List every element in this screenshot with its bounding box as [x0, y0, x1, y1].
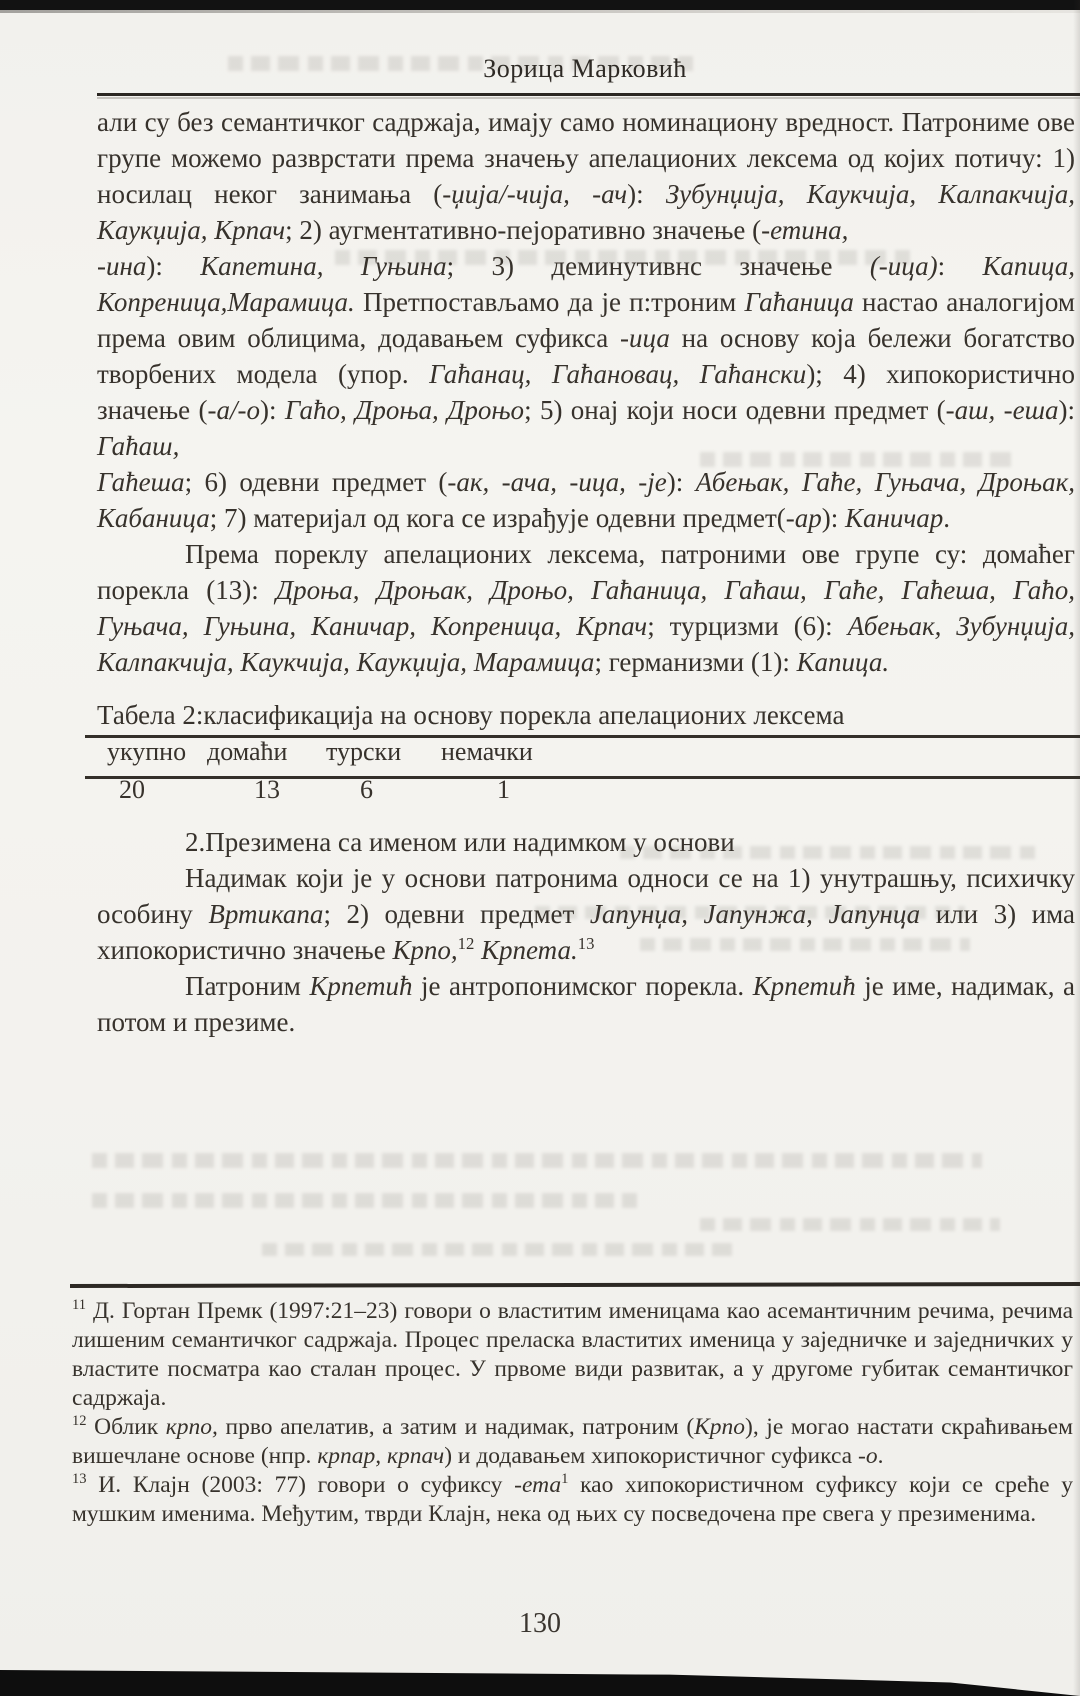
- footnote-12: 12 Облик крпо, прво апелатив, а затим и …: [72, 1413, 1073, 1471]
- text-segment: ; 5) онај који носи одевни предмет (: [524, 395, 946, 425]
- footnote-11: 11 Д. Гортан Премк (1997:21–23) говори о…: [72, 1297, 1073, 1413]
- paragraph-origin: Према пореклу апелационих лексема, патро…: [97, 536, 1075, 680]
- text-segment: Гаћанац, Гаћановац, Гаћански: [429, 359, 806, 389]
- text-segment: .: [943, 503, 950, 533]
- text-segment: ):: [260, 395, 285, 425]
- text-segment: Крпо: [694, 1414, 745, 1440]
- scan-edge-bottom: [0, 1670, 1080, 1696]
- text-segment: -џија/-чија, -ач: [442, 179, 627, 209]
- text-segment: ):: [1058, 395, 1075, 425]
- text-segment: Јапунџа, Јапунжа, Јапунца: [590, 899, 920, 929]
- text-segment: -ар: [786, 503, 822, 533]
- text-segment: Д. Гортан Премк (1997:21–23) говори о вл…: [72, 1298, 1073, 1411]
- paragraph-krpetic: Патроним Крпетић је антропонимског порек…: [97, 968, 1075, 1040]
- text-segment: Крпетић: [753, 971, 856, 1001]
- table-header-row: укупнодомаћитурскинемачки: [97, 732, 1075, 770]
- text-segment: -а/-о: [207, 395, 259, 425]
- text-segment: (-ица): [870, 251, 938, 281]
- text-segment: Капетина, Гуњина: [200, 251, 446, 281]
- table-value-cell: 6: [360, 775, 373, 805]
- scanned-document-page: Зорица Марковић али су без семантичког с…: [0, 0, 1080, 1696]
- text-segment: Капица.: [797, 647, 890, 677]
- text-segment: Гаћеша: [97, 467, 185, 497]
- text-segment: -ина: [97, 251, 146, 281]
- page-number: 130: [0, 1608, 1080, 1640]
- text-segment: ; 6) одевни предмет (: [185, 467, 448, 497]
- bleedthrough-artifact: [700, 1218, 1000, 1231]
- section-2-heading: 2.Презимена са именом или надимком у осн…: [97, 824, 1075, 860]
- text-segment: ; турцизми (6):: [647, 611, 847, 641]
- table-value-cell: 13: [254, 775, 280, 805]
- bleedthrough-artifact: [92, 1193, 637, 1208]
- table-header-cell: укупно: [107, 737, 186, 767]
- text-segment: Вртикапа: [208, 899, 323, 929]
- text-segment: -ица: [620, 323, 670, 353]
- footnotes-block: 11 Д. Гортан Премк (1997:21–23) говори о…: [72, 1297, 1073, 1529]
- text-segment: И. Клајн (2003: 77) говори о суфиксу: [87, 1472, 515, 1498]
- text-segment: ; германизми (1):: [594, 647, 796, 677]
- table-caption: Табела 2:класификација на основу порекла…: [97, 698, 1075, 732]
- text-segment: 13: [72, 1471, 87, 1487]
- text-segment: Крпета.: [481, 935, 578, 965]
- text-segment: -аш, -еша: [946, 395, 1059, 425]
- paragraph-classification: али су без семантичког садржаја, имају с…: [97, 104, 1075, 536]
- text-segment: -ак, -ача, -ица, -је: [447, 467, 666, 497]
- text-segment: крпо,: [166, 1414, 218, 1440]
- table-value-cell: 1: [497, 775, 510, 805]
- text-segment: Гаћо, Дроња, Дроњо: [285, 395, 524, 425]
- text-segment: -о: [858, 1443, 878, 1469]
- text-segment: Крпетић: [309, 971, 412, 1001]
- text-segment: Облик: [87, 1414, 166, 1440]
- paragraph-nicknames: Надимак који је у основи патронима однос…: [97, 860, 1075, 968]
- footnote-separator-rule: [70, 1282, 1080, 1288]
- text-segment: ):: [146, 251, 200, 281]
- text-segment: Гаћаница: [744, 287, 853, 317]
- text-segment: ; 2) аугментативно-пејоративно значење (: [285, 215, 761, 245]
- text-segment: ):: [667, 467, 696, 497]
- running-header-author: Зорица Марковић: [95, 54, 1075, 84]
- text-segment: .: [878, 1443, 884, 1469]
- text-segment: ; 3) деминутивнс значење: [447, 251, 870, 281]
- text-segment: ; 7) материјал од кога се израђује одевн…: [210, 503, 786, 533]
- body-text-column: али су без семантичког садржаја, имају с…: [97, 104, 1075, 1040]
- table-header-cell: домаћи: [207, 737, 287, 767]
- text-segment: Каничар: [845, 503, 943, 533]
- bleedthrough-artifact: [92, 1153, 982, 1168]
- table-value-cell: 20: [119, 775, 145, 805]
- text-segment: крпар, крпач: [317, 1443, 444, 1469]
- footnote-13: 13 И. Клајн (2003: 77) говори о суфиксу …: [72, 1471, 1073, 1529]
- scan-edge-top: [0, 0, 1080, 10]
- text-segment: Претпостављамо да је п:троним: [355, 287, 745, 317]
- text-segment: 12: [458, 934, 475, 953]
- text-segment: је антропонимског порекла.: [413, 971, 753, 1001]
- text-segment: 11: [72, 1297, 86, 1313]
- table-header-cell: немачки: [441, 737, 533, 767]
- bleedthrough-artifact: [262, 1243, 732, 1256]
- table-header-cell: турски: [326, 737, 401, 767]
- text-segment: ; 2) одевни предмет: [323, 899, 589, 929]
- header-rule-shadow: [97, 97, 1080, 99]
- classification-table: Табела 2:класификација на основу порекла…: [97, 698, 1075, 808]
- text-segment: прво апелатив, а затим и надимак, патрон…: [218, 1414, 694, 1440]
- scan-edge-top-shadow: [0, 10, 1080, 13]
- text-segment: Патроним: [185, 971, 309, 1001]
- text-segment: Гаћаш,: [97, 431, 179, 461]
- text-segment: 13: [578, 934, 595, 953]
- text-segment: Крпо,: [392, 935, 457, 965]
- text-segment: ) и додавањем хипокористичног суфикса: [444, 1443, 858, 1469]
- header-rule: [97, 93, 1080, 96]
- text-segment: :: [938, 251, 983, 281]
- text-segment: -етина,: [761, 215, 848, 245]
- text-segment: ):: [822, 503, 845, 533]
- text-segment: ):: [627, 179, 666, 209]
- text-segment: -ета: [514, 1472, 561, 1498]
- text-segment: 12: [72, 1413, 87, 1429]
- table-value-row: 201361: [97, 770, 1075, 808]
